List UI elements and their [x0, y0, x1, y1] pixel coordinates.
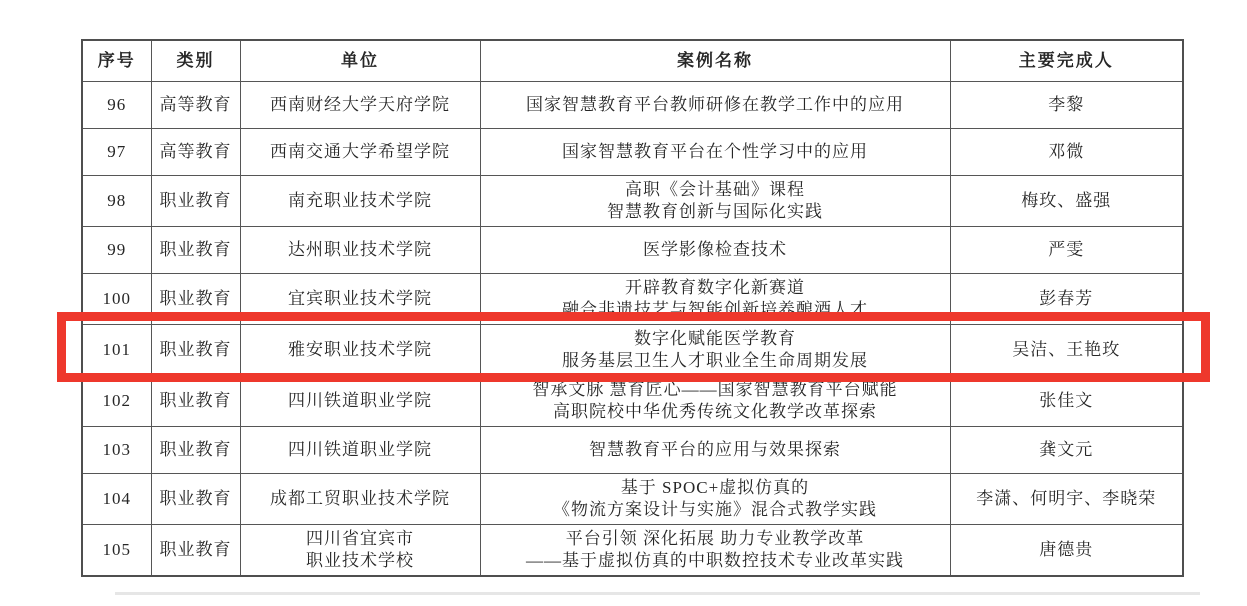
- cell-no: 96: [82, 82, 151, 129]
- scan-artifact-line: [115, 592, 1200, 595]
- column-header-unit: 单位: [240, 40, 480, 82]
- table-row: 102职业教育四川铁道职业学院智承文脉 慧育匠心——国家智慧教育平台赋能高职院校…: [82, 376, 1183, 427]
- text-line: 服务基层卫生人才职业全生命周期发展: [485, 350, 946, 372]
- text-line: 数字化赋能医学教育: [485, 328, 946, 350]
- cell-people: 邓微: [950, 129, 1183, 176]
- cell-people: 严雯: [950, 227, 1183, 274]
- cell-unit: 宜宾职业技术学院: [240, 274, 480, 325]
- cell-case-name: 国家智慧教育平台教师研修在教学工作中的应用: [480, 82, 950, 129]
- cell-people: 龚文元: [950, 427, 1183, 474]
- cell-people: 唐德贵: [950, 525, 1183, 577]
- text-line: 智承文脉 慧育匠心——国家智慧教育平台赋能: [485, 379, 946, 401]
- table-row: 103职业教育四川铁道职业学院智慧教育平台的应用与效果探索龚文元: [82, 427, 1183, 474]
- cell-unit: 成都工贸职业技术学院: [240, 474, 480, 525]
- cell-no: 98: [82, 176, 151, 227]
- cell-category: 高等教育: [151, 129, 240, 176]
- text-line: 高职《会计基础》课程: [485, 179, 946, 201]
- cell-case-name: 智慧教育平台的应用与效果探索: [480, 427, 950, 474]
- text-line: 医学影像检查技术: [485, 239, 946, 261]
- cell-category: 高等教育: [151, 82, 240, 129]
- cell-unit: 四川铁道职业学院: [240, 376, 480, 427]
- cell-unit: 西南财经大学天府学院: [240, 82, 480, 129]
- cell-case-name: 数字化赋能医学教育服务基层卫生人才职业全生命周期发展: [480, 325, 950, 376]
- table-row: 96高等教育西南财经大学天府学院国家智慧教育平台教师研修在教学工作中的应用李黎: [82, 82, 1183, 129]
- header-row: 序号 类别 单位 案例名称 主要完成人: [82, 40, 1183, 82]
- text-line: 雅安职业技术学院: [245, 339, 476, 361]
- cell-case-name: 国家智慧教育平台在个性学习中的应用: [480, 129, 950, 176]
- column-header-no: 序号: [82, 40, 151, 82]
- table-row: 97高等教育西南交通大学希望学院国家智慧教育平台在个性学习中的应用邓微: [82, 129, 1183, 176]
- table-row: 98职业教育南充职业技术学院高职《会计基础》课程智慧教育创新与国际化实践梅玫、盛…: [82, 176, 1183, 227]
- cell-category: 职业教育: [151, 227, 240, 274]
- cell-no: 97: [82, 129, 151, 176]
- cell-unit: 达州职业技术学院: [240, 227, 480, 274]
- cases-table: 序号 类别 单位 案例名称 主要完成人 96高等教育西南财经大学天府学院国家智慧…: [81, 39, 1184, 577]
- text-line: 四川铁道职业学院: [245, 439, 476, 461]
- cell-category: 职业教育: [151, 474, 240, 525]
- text-line: 国家智慧教育平台在个性学习中的应用: [485, 141, 946, 163]
- cell-people: 张佳文: [950, 376, 1183, 427]
- text-line: 高职院校中华优秀传统文化教学改革探索: [485, 401, 946, 423]
- text-line: 国家智慧教育平台教师研修在教学工作中的应用: [485, 94, 946, 116]
- table-body: 96高等教育西南财经大学天府学院国家智慧教育平台教师研修在教学工作中的应用李黎9…: [82, 82, 1183, 577]
- cell-category: 职业教育: [151, 427, 240, 474]
- cell-category: 职业教育: [151, 274, 240, 325]
- cell-category: 职业教育: [151, 176, 240, 227]
- cell-category: 职业教育: [151, 325, 240, 376]
- text-line: 融合非遗技艺与智能创新培养酿酒人才: [485, 299, 946, 321]
- column-header-case: 案例名称: [480, 40, 950, 82]
- cell-case-name: 基于 SPOC+虚拟仿真的《物流方案设计与实施》混合式教学实践: [480, 474, 950, 525]
- table-row: 105职业教育四川省宜宾市职业技术学校平台引领 深化拓展 助力专业教学改革——基…: [82, 525, 1183, 577]
- cell-case-name: 智承文脉 慧育匠心——国家智慧教育平台赋能高职院校中华优秀传统文化教学改革探索: [480, 376, 950, 427]
- text-line: 达州职业技术学院: [245, 239, 476, 261]
- column-header-category: 类别: [151, 40, 240, 82]
- cell-no: 100: [82, 274, 151, 325]
- table-header: 序号 类别 单位 案例名称 主要完成人: [82, 40, 1183, 82]
- cell-no: 99: [82, 227, 151, 274]
- text-line: 成都工贸职业技术学院: [245, 488, 476, 510]
- table-row: 100职业教育宜宾职业技术学院开辟教育数字化新赛道融合非遗技艺与智能创新培养酿酒…: [82, 274, 1183, 325]
- cell-no: 103: [82, 427, 151, 474]
- cell-people: 梅玫、盛强: [950, 176, 1183, 227]
- cell-no: 105: [82, 525, 151, 577]
- page: 序号 类别 单位 案例名称 主要完成人 96高等教育西南财经大学天府学院国家智慧…: [0, 0, 1247, 606]
- text-line: 职业技术学校: [245, 550, 476, 572]
- cell-category: 职业教育: [151, 525, 240, 577]
- cell-unit: 南充职业技术学院: [240, 176, 480, 227]
- cell-category: 职业教育: [151, 376, 240, 427]
- cell-people: 李潇、何明宇、李晓荣: [950, 474, 1183, 525]
- text-line: 智慧教育平台的应用与效果探索: [485, 439, 946, 461]
- column-header-people: 主要完成人: [950, 40, 1183, 82]
- cell-unit: 雅安职业技术学院: [240, 325, 480, 376]
- cell-unit: 四川铁道职业学院: [240, 427, 480, 474]
- cell-case-name: 医学影像检查技术: [480, 227, 950, 274]
- text-line: 基于 SPOC+虚拟仿真的: [485, 477, 946, 499]
- text-line: 四川省宜宾市: [245, 528, 476, 550]
- cell-no: 101: [82, 325, 151, 376]
- text-line: ——基于虚拟仿真的中职数控技术专业改革实践: [485, 550, 946, 572]
- text-line: 西南财经大学天府学院: [245, 94, 476, 116]
- table-row: 99职业教育达州职业技术学院医学影像检查技术严雯: [82, 227, 1183, 274]
- cell-no: 102: [82, 376, 151, 427]
- cell-people: 李黎: [950, 82, 1183, 129]
- text-line: 四川铁道职业学院: [245, 390, 476, 412]
- cell-unit: 四川省宜宾市职业技术学校: [240, 525, 480, 577]
- text-line: 西南交通大学希望学院: [245, 141, 476, 163]
- text-line: 南充职业技术学院: [245, 190, 476, 212]
- text-line: 宜宾职业技术学院: [245, 288, 476, 310]
- table-row: 101职业教育雅安职业技术学院数字化赋能医学教育服务基层卫生人才职业全生命周期发…: [82, 325, 1183, 376]
- text-line: 平台引领 深化拓展 助力专业教学改革: [485, 528, 946, 550]
- cell-people: 吴洁、王艳玫: [950, 325, 1183, 376]
- text-line: 开辟教育数字化新赛道: [485, 277, 946, 299]
- cell-case-name: 平台引领 深化拓展 助力专业教学改革——基于虚拟仿真的中职数控技术专业改革实践: [480, 525, 950, 577]
- table-row: 104职业教育成都工贸职业技术学院基于 SPOC+虚拟仿真的《物流方案设计与实施…: [82, 474, 1183, 525]
- cell-case-name: 高职《会计基础》课程智慧教育创新与国际化实践: [480, 176, 950, 227]
- text-line: 智慧教育创新与国际化实践: [485, 201, 946, 223]
- cell-unit: 西南交通大学希望学院: [240, 129, 480, 176]
- cell-case-name: 开辟教育数字化新赛道融合非遗技艺与智能创新培养酿酒人才: [480, 274, 950, 325]
- text-line: 《物流方案设计与实施》混合式教学实践: [485, 499, 946, 521]
- cell-people: 彭春芳: [950, 274, 1183, 325]
- cell-no: 104: [82, 474, 151, 525]
